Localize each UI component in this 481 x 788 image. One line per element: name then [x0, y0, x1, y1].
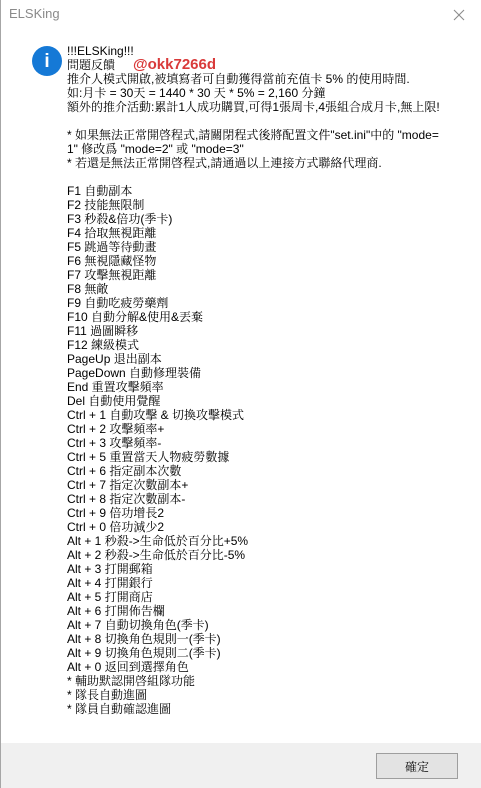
message-line: Alt + 1 秒殺->生命低於百分比+5% [67, 534, 447, 548]
message-line: Alt + 5 打開商店 [67, 590, 447, 604]
message-line: 如:月卡 = 30天 = 1440 * 30 天 * 5% = 2,160 分鐘 [67, 86, 447, 100]
message-line: Alt + 2 秒殺->生命低於百分比-5% [67, 548, 447, 562]
message-line: Ctrl + 1 自動攻擊 & 切換攻擊模式 [67, 408, 447, 422]
message-line: F4 拾取無視距離 [67, 226, 447, 240]
message-line: * 如果無法正常開啓程式,請關閉程式後將配置文件"set.ini"中的 "mod… [67, 128, 447, 156]
dialog-content: i !!!ELSKing!!! 問題反饋@okk7266d 推介人模式開啟,被填… [1, 30, 481, 743]
window-title: ELSKing [9, 6, 60, 21]
ok-button[interactable]: 確定 [376, 753, 458, 779]
message-line: F11 過圖瞬移 [67, 324, 447, 338]
message-text: !!!ELSKing!!! 問題反饋@okk7266d 推介人模式開啟,被填寫者… [67, 44, 447, 716]
message-line: F5 跳過等待動畫 [67, 240, 447, 254]
message-line: F12 練級模式 [67, 338, 447, 352]
message-line: Ctrl + 9 倍功增長2 [67, 506, 447, 520]
message-line: F3 秒殺&倍功(季卡) [67, 212, 447, 226]
message-line: Ctrl + 7 指定次數副本+ [67, 478, 447, 492]
message-line: Alt + 8 切換角色規則一(季卡) [67, 632, 447, 646]
message-line: * 若還是無法正常開啓程式,請通過以上連接方式聯絡代理商. [67, 156, 447, 170]
message-line: 額外的推介活動:累計1人成功購買,可得1張周卡,4張組合成月卡,無上限! [67, 100, 447, 114]
message-line: PageDown 自動修理裝備 [67, 366, 447, 380]
message-line: * 隊員自動確認進圖 [67, 702, 447, 716]
notes-section: * 如果無法正常開啓程式,請關閉程式後將配置文件"set.ini"中的 "mod… [67, 128, 447, 170]
message-line: Ctrl + 8 指定次數副本- [67, 492, 447, 506]
message-line: Ctrl + 0 倍功減少2 [67, 520, 447, 534]
message-line: * 輔助默認開啓組隊功能 [67, 674, 447, 688]
message-box-window: ELSKing i !!!ELSKing!!! 問題反饋@okk7266d 推介… [0, 0, 481, 788]
message-line: End 重置攻擊頻率 [67, 380, 447, 394]
message-line: Alt + 4 打開銀行 [67, 576, 447, 590]
message-line: Alt + 6 打開佈告欄 [67, 604, 447, 618]
message-line: Ctrl + 2 攻擊頻率+ [67, 422, 447, 436]
close-button[interactable] [436, 0, 481, 29]
message-line: F10 自動分解&使用&丟棄 [67, 310, 447, 324]
message-line: F8 無敵 [67, 282, 447, 296]
message-line: Ctrl + 3 攻擊頻率- [67, 436, 447, 450]
contact-handle: @okk7266d [133, 56, 216, 73]
message-line: F9 自動吃疲勞藥劑 [67, 296, 447, 310]
message-line: * 隊長自動進圖 [67, 688, 447, 702]
title-bar: ELSKing [1, 0, 481, 30]
message-line: F1 自動副本 [67, 184, 447, 198]
feedback-label: 問題反饋 [67, 58, 115, 72]
message-line: Alt + 0 返回到選擇角色 [67, 660, 447, 674]
intro-section: 推介人模式開啟,被填寫者可自動獲得當前充值卡 5% 的使用時間.如:月卡 = 3… [67, 72, 447, 114]
close-icon [453, 9, 465, 21]
message-line: Ctrl + 6 指定副本次數 [67, 464, 447, 478]
message-line: PageUp 退出副本 [67, 352, 447, 366]
message-line: Del 自動使用覺醒 [67, 394, 447, 408]
message-line: Alt + 9 切換角色規則二(季卡) [67, 646, 447, 660]
message-line: Alt + 3 打開郵箱 [67, 562, 447, 576]
info-icon: i [32, 46, 62, 76]
feedback-line: 問題反饋@okk7266d [67, 58, 447, 72]
message-line: F6 無視隱藏怪物 [67, 254, 447, 268]
message-line: F7 攻擊無視距離 [67, 268, 447, 282]
message-line: F2 技能無限制 [67, 198, 447, 212]
app-title-line: !!!ELSKing!!! [67, 44, 447, 58]
hotkeys-section: F1 自動副本F2 技能無限制F3 秒殺&倍功(季卡)F4 拾取無視距離F5 跳… [67, 184, 447, 674]
message-line: 推介人模式開啟,被填寫者可自動獲得當前充值卡 5% 的使用時間. [67, 72, 447, 86]
message-line: Alt + 7 自動切換角色(季卡) [67, 618, 447, 632]
message-line: Ctrl + 5 重置當天人物疲勞數據 [67, 450, 447, 464]
footnotes-section: * 輔助默認開啓組隊功能* 隊長自動進圖* 隊員自動確認進圖 [67, 674, 447, 716]
